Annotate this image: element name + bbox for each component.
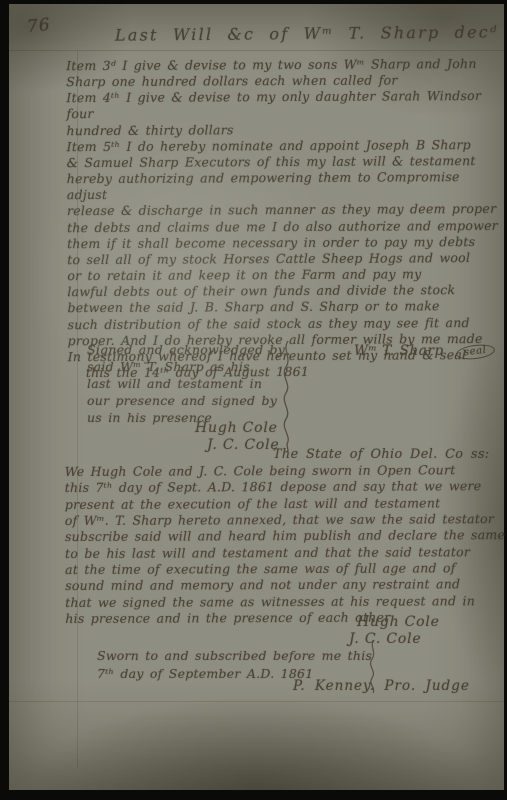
probate-line: this 7ᵗʰ day of Sept. A.D. 1861 depose a… [65, 478, 507, 496]
testator-signature-name: Wᵐ T. Sharp [354, 343, 444, 359]
jurat: Sworn to and subscribed before me this 7… [97, 647, 372, 682]
will-line: hereby authorizing and empowering them t… [67, 169, 505, 204]
will-line: the debts and claims due me I do also au… [67, 217, 505, 235]
witness-signature-hugh-cole: Hugh Cole [195, 420, 279, 437]
seal-mark: seal [455, 343, 495, 362]
will-line: release & discharge in such manner as th… [67, 201, 505, 219]
probate-line: of Wᵐ. T. Sharp hereto annexed, that we … [65, 511, 507, 529]
probate-line: that we signed the same as witnesses at … [65, 593, 507, 611]
scanned-will-record: { "page": { "number": "76" }, "header": … [0, 0, 507, 800]
probate-line: sound mind and memory and not under any … [65, 576, 507, 594]
will-line: Item 4ᵗʰ I give & devise to my only daug… [66, 88, 504, 123]
probate-line: We Hugh Cole and J. C. Cole being sworn … [65, 462, 507, 480]
witness-signatures: Hugh Cole J. C. Cole [195, 420, 279, 453]
will-line: such distribution of the said stock as t… [68, 314, 506, 332]
page-title: Last Will &c of Wᵐ T. Sharp decᵈ [115, 22, 499, 44]
judge-signature: P. Kenney. Pro. Judge [293, 678, 470, 694]
probate-line: to be his last will and testament and th… [65, 544, 507, 562]
top-rule-line [9, 50, 504, 51]
will-line: Item 3ᵈ I give & devise to my two sons W… [66, 56, 504, 74]
page-number: 76 [26, 15, 52, 37]
witness-signature-jc-cole: J. C. Cole [349, 631, 440, 648]
witness-signature-hugh-cole: Hugh Cole [357, 614, 440, 631]
attestation-brace-squiggle [279, 340, 295, 452]
probate-line: his presence and in the presence of each… [65, 609, 507, 627]
jurat-line: Sworn to and subscribed before me this [97, 647, 372, 665]
probate-line: at the time of executing the same was of… [65, 560, 507, 578]
probate-court-heading: The State of Ohio Del. Co ss: [273, 447, 490, 462]
will-line: to sell all of my stock Horses Cattle Sh… [67, 250, 505, 268]
will-body: Item 3ᵈ I give & devise to my two sons W… [66, 56, 506, 381]
testator-signature: Wᵐ T. Sharpseal [354, 343, 494, 359]
will-line: lawful debts out of their own funds and … [67, 282, 505, 300]
probate-line: subscribe said will and heard him publis… [65, 527, 507, 545]
bottom-rule-line [9, 701, 504, 702]
probate-affidavit: We Hugh Cole and J. C. Cole being sworn … [65, 462, 507, 627]
probate-line: present at the execution of the last wil… [65, 495, 507, 513]
ledger-page: 76 Last Will &c of Wᵐ T. Sharp decᵈ Item… [9, 4, 504, 790]
witness-signature-jc-cole: J. C. Cole [207, 437, 279, 454]
